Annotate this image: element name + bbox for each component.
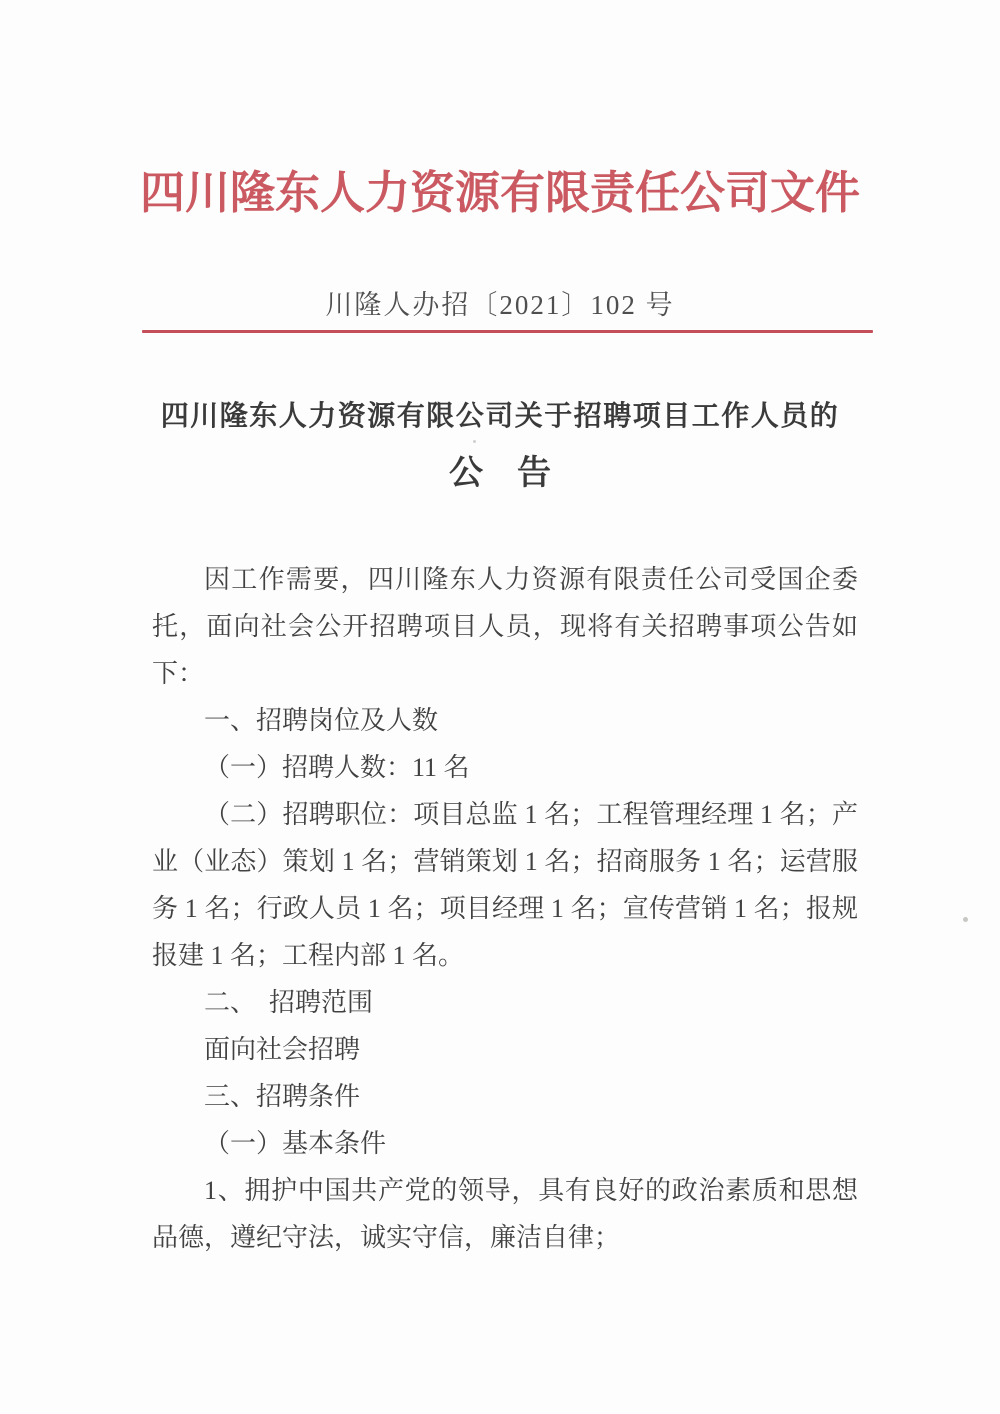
document-reference-number: 川隆人办招〔2021〕102 号	[0, 283, 1000, 322]
announcement-subheading: 公 告	[0, 445, 1000, 494]
announcement-heading: 四川隆东人力资源有限公司关于招聘项目工作人员的	[0, 394, 1000, 434]
scanned-document-page: 四川隆东人力资源有限责任公司文件 川隆人办招〔2021〕102 号 四川隆东人力…	[0, 0, 1000, 1414]
body-section-3-title: 三、招聘条件	[152, 1073, 858, 1120]
body-item-headcount: （一）招聘人数：11 名	[152, 744, 858, 791]
company-letterhead-title: 四川隆东人力资源有限责任公司文件	[0, 156, 1000, 221]
body-paragraph-intro: 因工作需要，四川隆东人力资源有限责任公司受国企委托，面向社会公开招聘项目人员，现…	[152, 556, 858, 697]
body-section-2-title: 二、 招聘范围	[152, 979, 858, 1026]
body-item-condition-1: 1、拥护中国共产党的领导，具有良好的政治素质和思想品德，遵纪守法，诚实守信，廉洁…	[152, 1167, 858, 1261]
body-item-positions: （二）招聘职位：项目总监 1 名；工程管理经理 1 名；产业（业态）策划 1 名…	[152, 791, 858, 979]
scan-artifact-speck	[473, 440, 476, 443]
body-item-basic-conditions: （一）基本条件	[152, 1120, 858, 1167]
scan-artifact-speck	[963, 917, 968, 922]
body-item-scope: 面向社会招聘	[152, 1026, 858, 1073]
body-section-1-title: 一、招聘岗位及人数	[152, 697, 858, 744]
document-body: 因工作需要，四川隆东人力资源有限责任公司受国企委托，面向社会公开招聘项目人员，现…	[152, 556, 858, 1261]
letterhead-divider-line	[142, 330, 873, 333]
